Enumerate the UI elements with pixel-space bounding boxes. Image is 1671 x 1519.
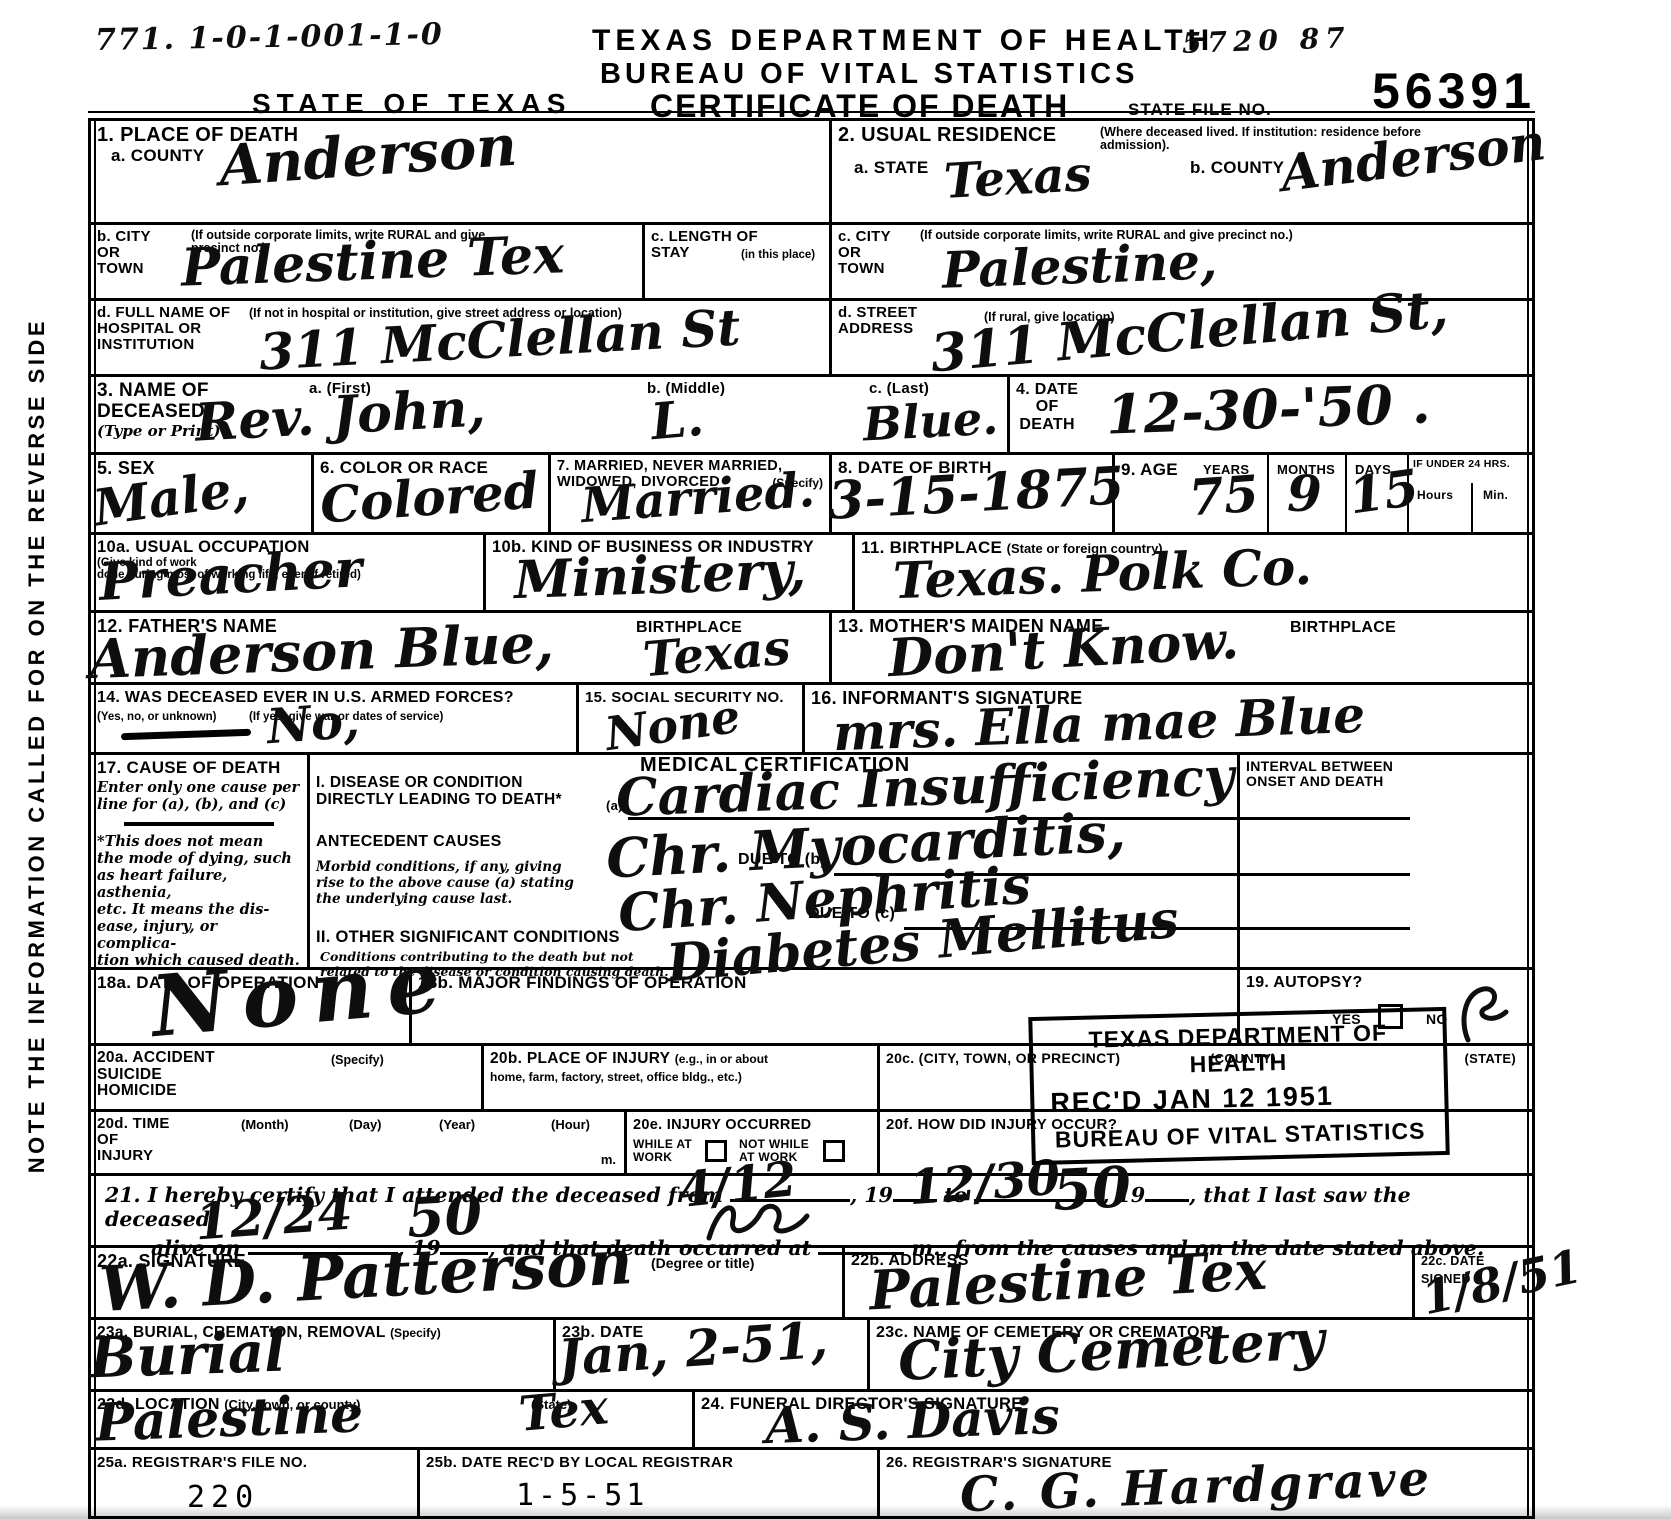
accident-label: 20a. ACCIDENT SUICIDE HOMICIDE <box>97 1050 215 1100</box>
field-age: 9. AGE YEARS MONTHS DAYS IF UNDER 24 HRS… <box>1115 455 1532 532</box>
hw-middle-name: L. <box>649 395 705 444</box>
month-label: (Month) <box>241 1118 289 1132</box>
injury-occurred-label: 20e. INJURY OCCURRED <box>633 1117 811 1133</box>
header-rule <box>88 111 1535 113</box>
field-certification-statement: 21. I hereby certify that I attended the… <box>91 1176 1532 1245</box>
city-label: b. CITY OR TOWN <box>97 229 151 278</box>
field-cemetery-name: 23c. NAME OF CEMETERY OR CREMATORY City … <box>870 1320 1532 1389</box>
hw-burial-location-state: Tex <box>517 1386 610 1437</box>
stamp-line2: REC'D JAN 12 1951 <box>1038 1078 1441 1119</box>
field-birthplace: 11. BIRTHPLACE (State or foreign country… <box>855 535 1532 610</box>
row-armedforces-ssn-informant: 14. WAS DECEASED EVER IN U.S. ARMED FORC… <box>91 685 1532 755</box>
hw-age-days: 15 <box>1346 464 1421 518</box>
degree-title-note: (Degree or title) <box>651 1256 754 1271</box>
field-street-address: d. STREET ADDRESS (If rural, give locati… <box>832 301 1532 374</box>
morbid-note: Morbid conditions, if any, giving rise t… <box>316 859 574 907</box>
row-parents: 12. FATHER'S NAME BIRTHPLACE Anderson Bl… <box>91 613 1532 685</box>
field-name-of-deceased: 3. NAME OF DECEASED (Type or Print) a. (… <box>91 377 1010 452</box>
hw-date-of-death: 12-30-'50 . <box>1105 379 1431 439</box>
hw-place-county: Anderson <box>218 121 519 192</box>
registrar-file-label: 25a. REGISTRAR'S FILE NO. <box>97 1454 307 1471</box>
scribble-mark <box>121 729 251 741</box>
hw-ssn: None <box>603 696 743 756</box>
header-state-of-texas: STATE OF TEXAS <box>252 88 571 120</box>
while-at-work-label: WHILE AT WORK <box>633 1138 692 1164</box>
hw-last-name: Blue. <box>862 397 999 445</box>
meridiem-label: m. <box>601 1153 616 1167</box>
residence-county-label: b. COUNTY <box>1190 159 1284 177</box>
residence-city-label: c. CITY OR TOWN <box>838 229 891 278</box>
hw-residence-city: Palestine, <box>941 238 1218 293</box>
field-occupation: 10a. USUAL OCCUPATION (Give kind of work… <box>91 535 486 610</box>
hw-armed-forces: No, <box>266 700 361 750</box>
age-label: 9. AGE <box>1121 461 1178 479</box>
field-business-industry: 10b. KIND OF BUSINESS OR INDUSTRY Minist… <box>486 535 855 610</box>
interval-line <box>1240 927 1410 930</box>
hw-operation-none: None <box>148 943 457 1045</box>
burial-note: (Specify) <box>390 1326 441 1340</box>
interval-label: INTERVAL BETWEEN ONSET AND DEATH <box>1246 759 1393 789</box>
row-occupation-birthplace: 10a. USUAL OCCUPATION (Give kind of work… <box>91 535 1532 613</box>
received-stamp: TEXAS DEPARTMENT OF HEALTH REC'D JAN 12 … <box>1028 1007 1449 1165</box>
hw-physician-address: Palestine Tex <box>868 1246 1268 1315</box>
name-label: 3. NAME OF DECEASED <box>97 381 209 422</box>
time-of-injury-label: 20d. TIME OF INJURY <box>97 1116 170 1165</box>
residence-state-label: a. STATE <box>854 159 929 177</box>
age-under24-label: IF UNDER 24 HRS. <box>1413 459 1510 470</box>
hw-residence-state: Texas <box>943 153 1093 204</box>
row-place-residence: 1. PLACE OF DEATH a. COUNTY Anderson 2. … <box>91 121 1532 225</box>
hw-informant: mrs. Ella mae Blue <box>832 692 1365 756</box>
autopsy-label: 19. AUTOPSY? <box>1246 974 1363 991</box>
field-place-of-injury: 20b. PLACE OF INJURY (e.g., in or about … <box>484 1046 880 1109</box>
interval-line <box>1240 873 1410 876</box>
hw-business: Ministery, <box>513 548 806 605</box>
handwritten-code-left: 771. 1-0-1-001-1-0 <box>95 21 444 54</box>
field-accident-suicide-homicide: 20a. ACCIDENT SUICIDE HOMICIDE (Specify) <box>91 1046 484 1109</box>
place-of-injury-label: 20b. PLACE OF INJURY <box>490 1050 670 1067</box>
field-mother-name: 13. MOTHER'S MAIDEN NAME BIRTHPLACE Don'… <box>832 613 1532 682</box>
hw-burial-date: Jan, 2-51, <box>557 1317 829 1381</box>
handwritten-code-right: 5720 87 <box>1182 25 1351 56</box>
field-usual-residence: 2. USUAL RESIDENCE (Where deceased lived… <box>832 121 1532 222</box>
usual-residence-title: 2. USUAL RESIDENCE <box>838 124 1056 146</box>
length-of-stay-note: (in this place) <box>741 249 815 261</box>
hw-burial-type: Burial <box>88 1327 286 1384</box>
hw-father-birthplace: Texas <box>641 627 792 683</box>
field-length-of-stay: c. LENGTH OF STAY (in this place) <box>645 225 832 298</box>
age-divider <box>1267 455 1269 532</box>
field-burial-type: 23a. BURIAL, CREMATION, REMOVAL (Specify… <box>91 1320 556 1389</box>
field-place-of-death: 1. PLACE OF DEATH a. COUNTY Anderson <box>91 121 832 222</box>
injury-state-label: (STATE) <box>1465 1052 1516 1066</box>
field-armed-forces: 14. WAS DECEASED EVER IN U.S. ARMED FORC… <box>91 685 579 752</box>
field-burial-location: 23d. LOCATION (City, town, or county) (S… <box>91 1392 695 1447</box>
field-father-name: 12. FATHER'S NAME BIRTHPLACE Anderson Bl… <box>91 613 832 682</box>
hw-birthplace: Texas. Polk Co. <box>892 544 1312 604</box>
accident-note: (Specify) <box>331 1054 384 1067</box>
field-informant: 16. INFORMANT'S SIGNATURE mrs. Ella mae … <box>805 685 1532 752</box>
row-location-director: 23d. LOCATION (City, town, or county) (S… <box>91 1392 1532 1450</box>
stamp-line3: BUREAU OF VITAL STATISTICS <box>1039 1117 1442 1154</box>
death-certificate-form: 1. PLACE OF DEATH a. COUNTY Anderson 2. … <box>88 118 1535 1519</box>
header-bureau: BUREAU OF VITAL STATISTICS <box>600 58 1138 91</box>
hour-label: (Hour) <box>551 1118 590 1132</box>
illegible-scrawl <box>703 1198 813 1244</box>
hw-marital: Married. <box>580 469 816 528</box>
age-divider <box>1471 483 1473 532</box>
row-burial: 23a. BURIAL, CREMATION, REMOVAL (Specify… <box>91 1320 1532 1392</box>
age-hours-label: Hours <box>1417 489 1453 502</box>
state-file-no-label: STATE FILE NO. <box>1128 100 1272 120</box>
field-marital-status: 7. MARRIED, NEVER MARRIED, WIDOWED, DIVO… <box>551 455 832 532</box>
street-address-label: d. STREET ADDRESS <box>838 305 917 337</box>
interval-line <box>1240 817 1410 820</box>
row-sex-race-married-dob-age: 5. SEX Male, 6. COLOR OR RACE Colored 7.… <box>91 455 1532 535</box>
blank-to-year <box>1145 1182 1189 1202</box>
field-ssn: 15. SOCIAL SECURITY NO. None <box>579 685 805 752</box>
hw-registrar-signature: C. G. Hardgrave <box>959 1458 1432 1518</box>
row-name-dod: 3. NAME OF DECEASED (Type or Print) a. (… <box>91 377 1532 455</box>
hw-age-months: 9 <box>1287 471 1322 516</box>
hw-father-name: Anderson Blue, <box>88 619 554 684</box>
armed-forces-note1: (Yes, no, or unknown) <box>97 711 216 723</box>
day-label: (Day) <box>349 1118 382 1132</box>
mother-birthplace-label: BIRTHPLACE <box>1290 619 1396 636</box>
cause-instruction: Enter only one cause per line for (a), (… <box>97 779 301 813</box>
hw-city-of-death: Palestine Tex <box>180 232 564 292</box>
date-received-label: 25b. DATE REC'D BY LOCAL REGISTRAR <box>426 1454 733 1471</box>
field-date-signed: 22c. DATE SIGNED 1/8/51 <box>1415 1248 1532 1317</box>
divider-rule <box>124 822 274 826</box>
hw-dob: 3-15-1875 <box>827 463 1125 525</box>
hw-burial-location: Palestine <box>94 1391 364 1447</box>
field-date-of-death: 4. DATE OF DEATH 12-30-'50 . <box>1010 377 1532 452</box>
date-of-death-label: 4. DATE OF DEATH <box>1016 381 1078 433</box>
field-interval: INTERVAL BETWEEN ONSET AND DEATH <box>1240 755 1532 967</box>
age-min-label: Min. <box>1483 489 1508 502</box>
hw-occupation: Preacher <box>98 546 363 607</box>
hw-funeral-director-signature: A. S. Davis <box>764 1393 1060 1448</box>
hw-age-years: 75 <box>1188 471 1261 521</box>
hw-last-seen: 12/24 <box>194 1189 354 1245</box>
field-city-of-death: b. CITY OR TOWN (If outside corporate li… <box>91 225 645 298</box>
hw-first-name: Rev. John, <box>194 385 487 447</box>
field-physician-address: 22b. ADDRESS Palestine Tex <box>845 1248 1415 1317</box>
cause-of-death-label: 17. CAUSE OF DEATH <box>97 759 301 777</box>
field-sex: 5. SEX Male, <box>91 455 314 532</box>
antecedent-label: ANTECEDENT CAUSES <box>316 833 502 850</box>
hw-race: Colored <box>319 467 540 527</box>
field-date-of-birth: 8. DATE OF BIRTH 3-15-1875 <box>832 455 1115 532</box>
hospital-label: d. FULL NAME OF HOSPITAL OR INSTITUTION <box>97 305 230 354</box>
disease-condition-label: I. DISEASE OR CONDITION DIRECTLY LEADING… <box>316 775 562 808</box>
field-cause-of-death-instructions: 17. CAUSE OF DEATH Enter only one cause … <box>91 755 310 967</box>
hw-mother-name: Don't Know. <box>887 618 1240 683</box>
side-note-vertical: NOTE THE INFORMATION CALLED FOR ON THE R… <box>24 318 50 1173</box>
hw-autopsy-no-mark <box>1454 982 1514 1046</box>
field-funeral-director: 24. FUNERAL DIRECTOR'S SIGNATURE A. S. D… <box>695 1392 1532 1447</box>
header-department: TEXAS DEPARTMENT OF HEALTH <box>592 24 1214 58</box>
row-cause-of-death: 17. CAUSE OF DEATH Enter only one cause … <box>91 755 1532 970</box>
field-physician-signature: 22a. SIGNATURE (Degree or title) W. D. P… <box>91 1248 845 1317</box>
year-label: (Year) <box>439 1118 475 1132</box>
field-color-or-race: 6. COLOR OR RACE Colored <box>314 455 551 532</box>
field-time-of-injury: 20d. TIME OF INJURY (Month) (Day) (Year)… <box>91 1112 627 1173</box>
hw-street-address: 311 McClellan St, <box>929 286 1450 378</box>
hw-attended-to-year: 50 <box>1052 1162 1132 1216</box>
stamp-line1: TEXAS DEPARTMENT OF HEALTH <box>1037 1018 1440 1082</box>
row-certification-statement: 21. I hereby certify that I attended the… <box>91 1176 1532 1248</box>
field-hospital: d. FULL NAME OF HOSPITAL OR INSTITUTION … <box>91 301 832 374</box>
row-hospital-street: d. FULL NAME OF HOSPITAL OR INSTITUTION … <box>91 301 1532 377</box>
not-while-at-work-checkbox[interactable] <box>823 1140 845 1162</box>
certify-text: , 19 <box>850 1183 893 1207</box>
hw-cemetery-name: City Cemetery <box>897 1315 1326 1386</box>
